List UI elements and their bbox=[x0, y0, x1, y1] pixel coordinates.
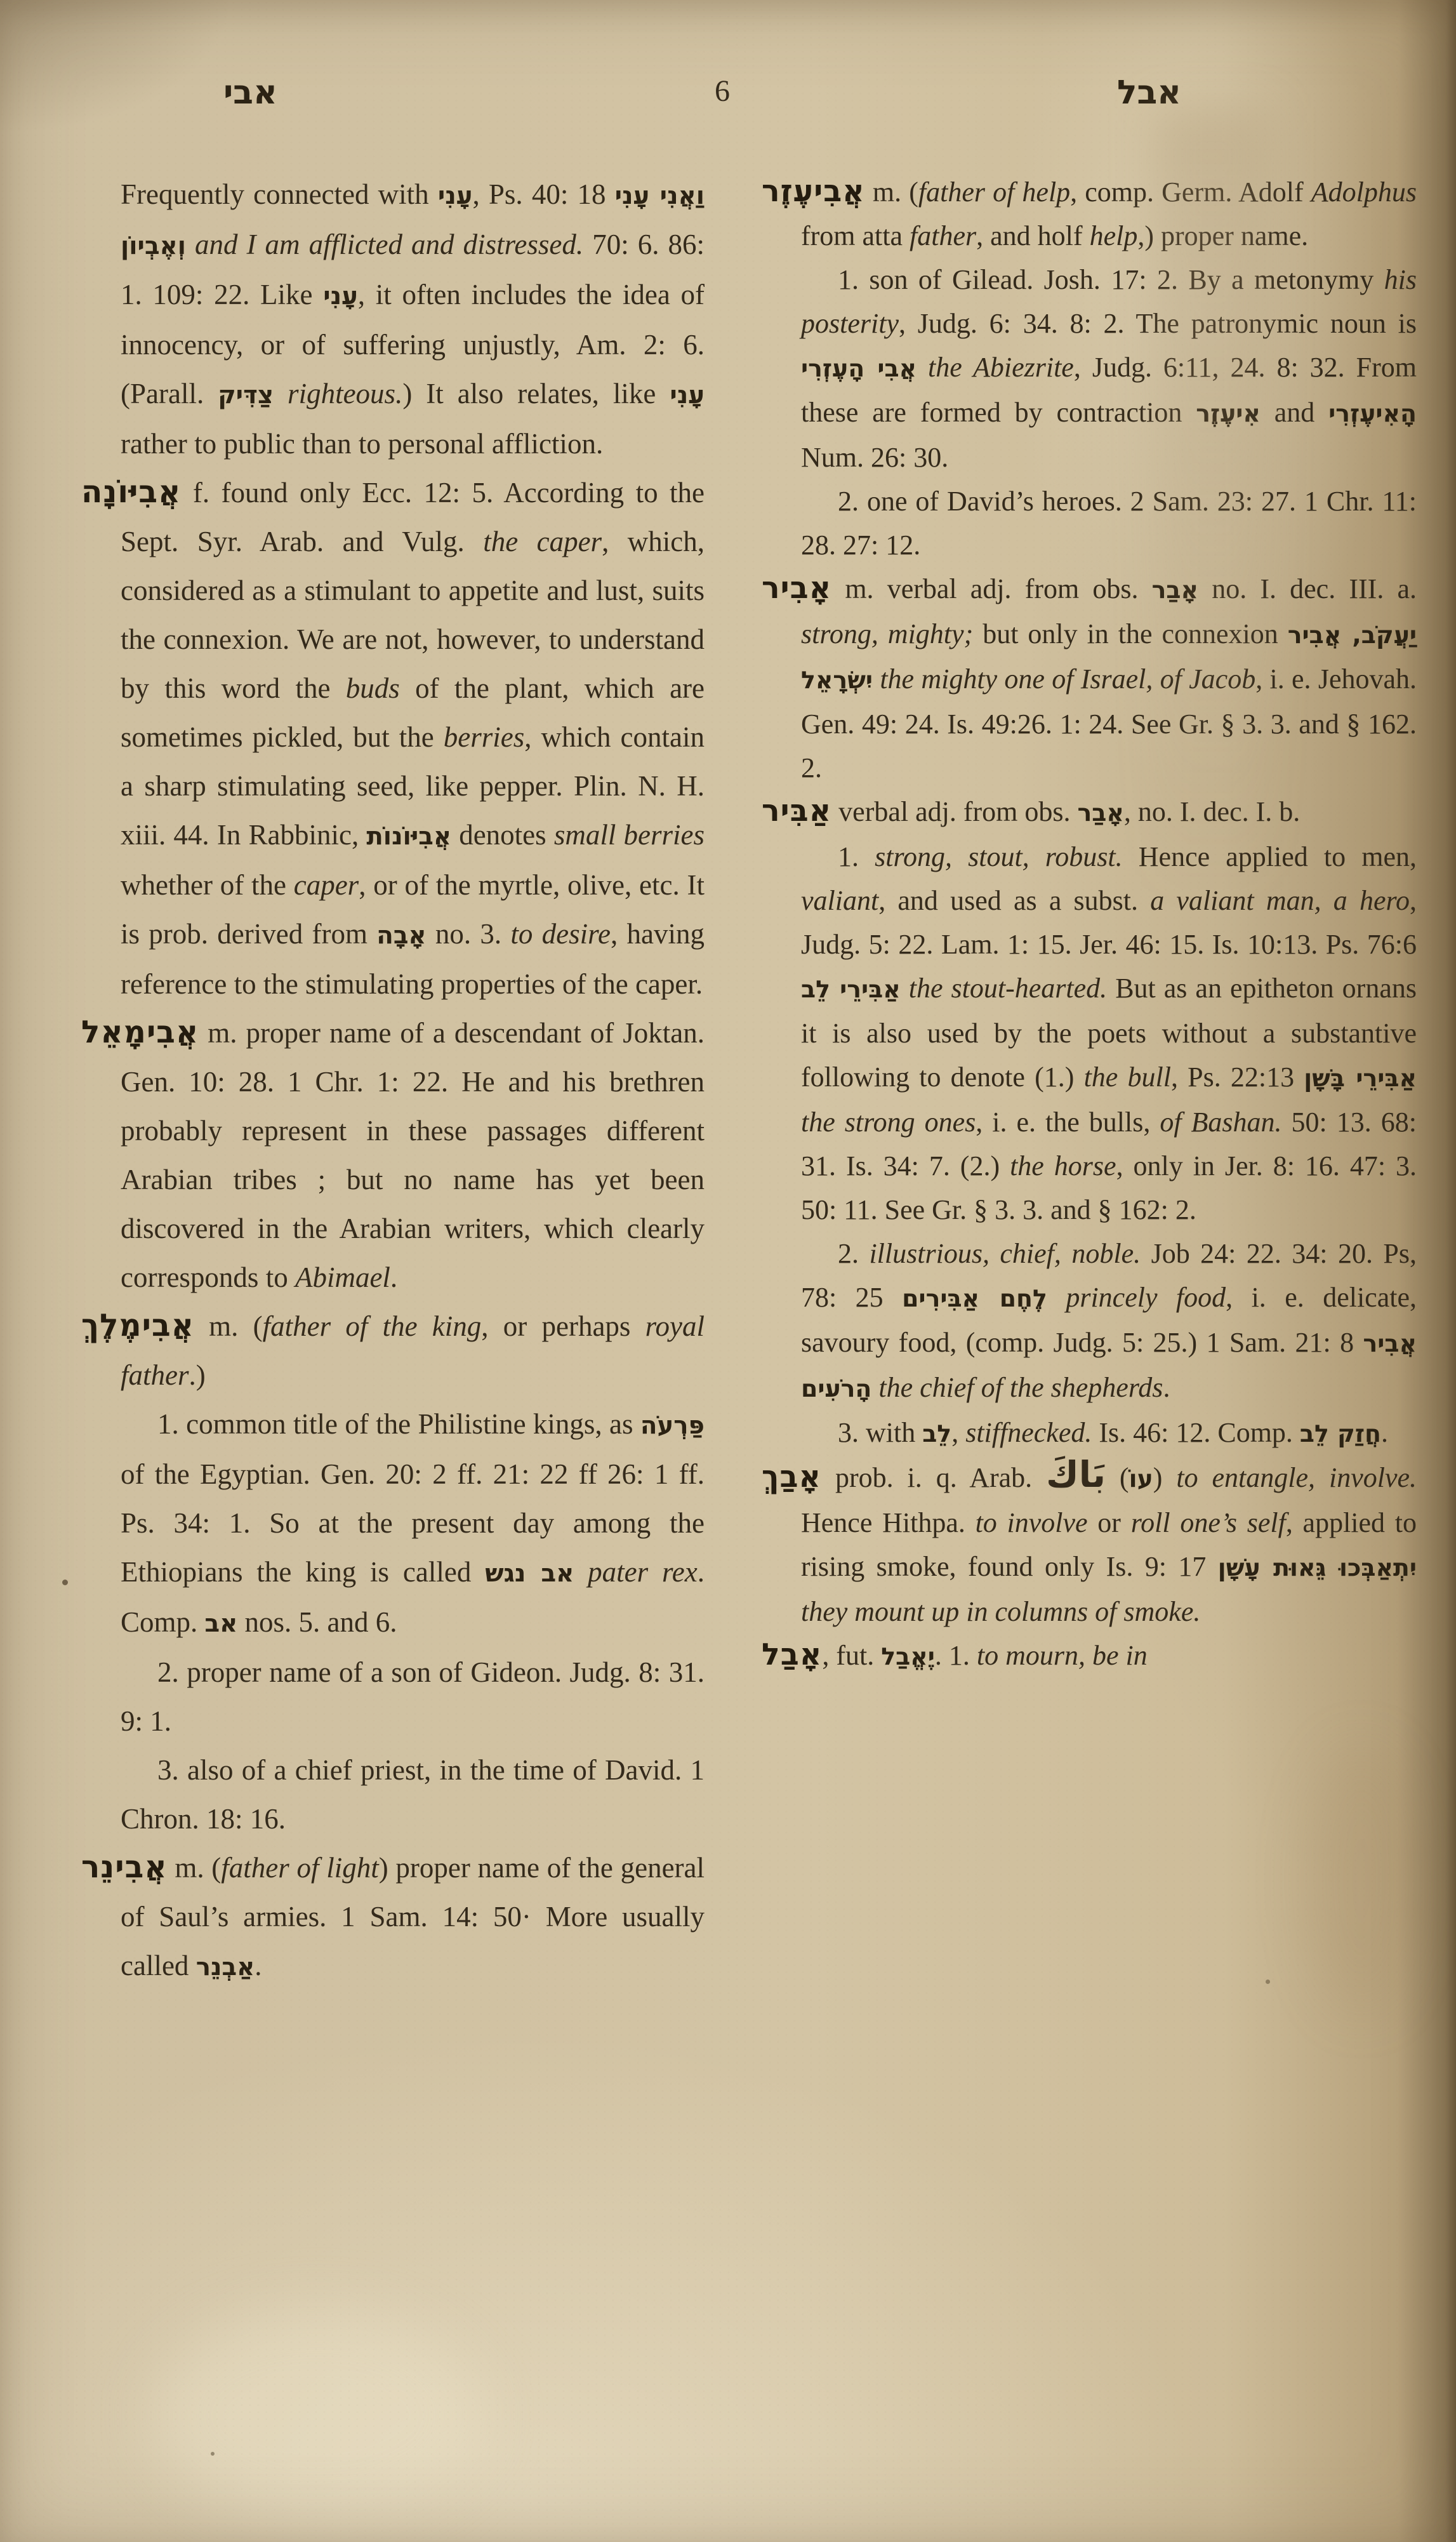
hebrew-text: אַבִּירֵי לֵב bbox=[801, 975, 901, 1003]
italic-gloss: help bbox=[1090, 220, 1138, 251]
italic-gloss: of Bashan. bbox=[1160, 1107, 1281, 1138]
text-run: ) It also relates, like bbox=[402, 378, 670, 409]
hebrew-text: הָאִיעֶזְרִי bbox=[1328, 399, 1417, 427]
italic-gloss: Adolphus bbox=[1311, 176, 1417, 208]
italic-gloss: strong, stout, robust. bbox=[875, 841, 1123, 872]
text-run: , bbox=[951, 1417, 965, 1448]
italic-gloss: father of help bbox=[918, 176, 1070, 208]
text-run: 1. bbox=[838, 841, 875, 872]
running-head-right-word: אבל bbox=[1117, 74, 1181, 112]
hebrew-headword: אָבַל bbox=[762, 1637, 822, 1672]
column-right: אֲבִיעֶזֶר m. (father of help, comp. Ger… bbox=[801, 170, 1417, 1992]
italic-gloss: the chief of the shepherds bbox=[871, 1372, 1163, 1403]
italic-gloss: buds bbox=[346, 672, 400, 704]
text-run: verbal adj. from obs. bbox=[831, 796, 1077, 827]
text-run: m. verbal adj. from obs. bbox=[831, 573, 1151, 604]
text-run: m. ( bbox=[194, 1310, 263, 1342]
italic-gloss: to involve bbox=[976, 1507, 1088, 1538]
italic-gloss: father of light bbox=[221, 1852, 378, 1884]
running-head-left-word: אבי bbox=[223, 74, 277, 112]
hebrew-text: עוֹ bbox=[1129, 1465, 1153, 1493]
text-run: , fut. bbox=[822, 1640, 881, 1671]
text-run: Num. 26: 30. bbox=[801, 442, 948, 473]
entry-abak: אָבַךְ prob. i. q. Arab. بَاكَ (עוֹ) to … bbox=[801, 1456, 1417, 1634]
hebrew-text: עָנִי bbox=[323, 282, 358, 310]
hebrew-text: אֲבִיּוֹנוֹת bbox=[366, 822, 451, 851]
text-run: ( bbox=[1106, 1462, 1129, 1493]
hebrew-headword: אֲבִימָאֵל bbox=[81, 1015, 199, 1050]
ink-speck bbox=[62, 1580, 68, 1585]
hebrew-text: עָנִי bbox=[670, 381, 705, 409]
text-run: 2. bbox=[838, 1238, 869, 1269]
hebrew-headword: אֲבִיּוֹנָה bbox=[81, 474, 181, 510]
page-number: 6 bbox=[715, 74, 731, 109]
text-run: denotes bbox=[451, 819, 554, 851]
column-left: Frequently connected with עָנִי, Ps. 40:… bbox=[121, 170, 705, 1992]
entry-abbir-sense-1: 1. strong, stout, robust. Hence applied … bbox=[801, 835, 1417, 1232]
hebrew-text: אֲבִי הָעֶזְרִי bbox=[801, 354, 917, 382]
text-columns: Frequently connected with עָנִי, Ps. 40:… bbox=[121, 170, 1417, 1992]
text-run: 3. with bbox=[838, 1417, 922, 1448]
italic-gloss: to mourn, be in bbox=[977, 1640, 1148, 1671]
entry-abimelech-sense-3: 3. also of a chief priest, in the time o… bbox=[121, 1746, 705, 1844]
hebrew-text: לֶחֶם אַבִּירִים bbox=[902, 1284, 1047, 1312]
text-run: , and used as a subst. bbox=[878, 885, 1150, 916]
hebrew-text: אַבִּירֵי בָּשָׁן bbox=[1304, 1064, 1417, 1092]
hebrew-text: חֲזַק לֵב bbox=[1300, 1420, 1381, 1447]
italic-gloss: the bull bbox=[1084, 1061, 1171, 1093]
text-run: Hence applied to men, bbox=[1123, 841, 1417, 872]
italic-gloss: strong, mighty; bbox=[801, 618, 973, 649]
text-run: or bbox=[1088, 1507, 1131, 1538]
italic-gloss: stiffnecked. bbox=[965, 1417, 1092, 1448]
italic-gloss: illustrious, chief, noble. bbox=[869, 1238, 1141, 1269]
hebrew-text: אָבַר bbox=[1152, 576, 1198, 604]
hebrew-headword: אָבַךְ bbox=[762, 1460, 821, 1494]
text-run: , and holf bbox=[976, 220, 1089, 251]
italic-gloss: to desire bbox=[510, 918, 611, 950]
text-run: m. ( bbox=[168, 1852, 222, 1884]
hebrew-text: אָבָה bbox=[376, 921, 426, 950]
arabic-text: بَاكَ bbox=[1046, 1454, 1106, 1496]
hebrew-headword: אֲבִיעֶזֶר bbox=[762, 174, 865, 209]
entry-abiezer: אֲבִיעֶזֶר m. (father of help, comp. Ger… bbox=[801, 170, 1417, 258]
entry-abir: אָבִיר m. verbal adj. from obs. אָבַר no… bbox=[801, 567, 1417, 790]
italic-gloss: the Abiezrite bbox=[917, 352, 1074, 383]
entry-abiyonah: אֲבִיּוֹנָה f. found only Ecc. 12: 5. Ac… bbox=[121, 469, 705, 1009]
text-run: Is. 46: 12. Comp. bbox=[1092, 1417, 1300, 1448]
italic-gloss: father of the king bbox=[263, 1310, 482, 1342]
italic-gloss: caper bbox=[294, 869, 359, 901]
italic-gloss: a valiant man, a hero bbox=[1150, 885, 1410, 916]
italic-gloss: pater rex bbox=[574, 1556, 698, 1588]
entry-abimelech-sense-2: 2. proper name of a son of Gideon. Judg.… bbox=[121, 1648, 705, 1746]
text-run: ) bbox=[1153, 1462, 1177, 1493]
text-run: m. proper name of a descendant of Joktan… bbox=[121, 1017, 705, 1293]
italic-gloss: the caper bbox=[483, 526, 602, 557]
italic-gloss: they mount up in columns of smoke. bbox=[801, 1596, 1200, 1627]
hebrew-text: אב נגש bbox=[485, 1559, 574, 1588]
text-run: 1. son of Gilead. Josh. 17: 2. By a meto… bbox=[838, 264, 1384, 295]
entry-abimelech: אֲבִימֶלֶךְ m. (father of the king, or p… bbox=[121, 1302, 705, 1400]
entry-abbir: אַבִּיר verbal adj. from obs. אָבַר, no.… bbox=[801, 790, 1417, 835]
italic-gloss: righteous. bbox=[274, 378, 402, 409]
text-run: , Judg. 6: 34. 8: 2. The patronymic noun… bbox=[899, 308, 1417, 339]
hebrew-text: פַּרְעֹה bbox=[640, 1411, 705, 1440]
hebrew-headword: אֲבִינֵר bbox=[81, 1849, 168, 1885]
hebrew-text: עָנִי bbox=[438, 182, 473, 210]
text-run: but only in the connexion bbox=[973, 618, 1288, 649]
italic-gloss: the horse bbox=[1010, 1150, 1116, 1181]
hebrew-headword: אָבִיר bbox=[762, 571, 831, 606]
text-run: no. I. dec. III. a. bbox=[1198, 573, 1417, 604]
hebrew-text: לֵב bbox=[922, 1420, 951, 1447]
text-run: 2. one of David’s heroes. 2 Sam. 23: 27.… bbox=[801, 486, 1417, 561]
text-run: . bbox=[255, 1950, 261, 1981]
text-run: no. 3. bbox=[427, 918, 511, 950]
entry-abimael: אֲבִימָאֵל m. proper name of a descendan… bbox=[121, 1009, 705, 1302]
text-run: . bbox=[390, 1261, 397, 1293]
italic-gloss: father bbox=[910, 220, 976, 251]
hebrew-text: יֶאֱבַל bbox=[881, 1642, 935, 1670]
italic-gloss: princely food bbox=[1047, 1282, 1226, 1313]
text-run: , Ps. 22:13 bbox=[1171, 1061, 1304, 1093]
text-run: Hence Hithpa. bbox=[801, 1507, 976, 1538]
hebrew-headword: אֲבִימֶלֶךְ bbox=[81, 1308, 194, 1343]
hebrew-text: אַבְנֵר bbox=[196, 1953, 255, 1981]
entry-abal: אָבַל, fut. יֶאֱבַל. 1. to mourn, be in bbox=[801, 1634, 1417, 1679]
text-run: and bbox=[1261, 397, 1328, 428]
dictionary-page: אבי 6 אבל Frequently connected with עָנִ… bbox=[0, 0, 1456, 2542]
text-run: prob. i. q. Arab. bbox=[821, 1462, 1046, 1493]
hebrew-text: צַדִּיק bbox=[218, 381, 274, 409]
text-run: nos. 5. and 6. bbox=[237, 1606, 397, 1638]
italic-gloss: Abimael bbox=[295, 1261, 390, 1293]
italic-gloss: roll one’s self bbox=[1131, 1507, 1286, 1538]
text-run: 1. common title of the Philistine kings,… bbox=[157, 1408, 640, 1440]
hebrew-text: אִיעֶזֶר bbox=[1196, 399, 1261, 427]
italic-gloss: the strong ones bbox=[801, 1107, 976, 1138]
text-run: 2. proper name of a son of Gideon. Judg.… bbox=[121, 1656, 705, 1737]
text-run: Frequently connected with bbox=[121, 178, 438, 210]
text-run: . bbox=[1163, 1372, 1170, 1403]
hebrew-headword: אַבִּיר bbox=[762, 794, 831, 828]
text-run: . 1. bbox=[935, 1640, 977, 1671]
entry-abbir-sense-3: 3. with לֵב, stiffnecked. Is. 46: 12. Co… bbox=[801, 1411, 1417, 1456]
text-run: , comp. Germ. Adolf bbox=[1070, 176, 1311, 208]
italic-gloss: the mighty one of Israel, of Jacob bbox=[873, 663, 1255, 695]
entry-abbir-sense-2: 2. illustrious, chief, noble. Job 24: 22… bbox=[801, 1232, 1417, 1411]
text-run: 3. also of a chief priest, in the time o… bbox=[121, 1754, 705, 1835]
paper-stain bbox=[152, 2311, 482, 2520]
hebrew-text: יִתְאַבְּכוּ גֵּאוּת עָשָׁן bbox=[1218, 1554, 1417, 1581]
italic-gloss: to entangle, involve. bbox=[1176, 1462, 1417, 1493]
entry-abimelech-sense-1: 1. common title of the Philistine kings,… bbox=[121, 1400, 705, 1648]
italic-gloss: the stout-hearted. bbox=[901, 973, 1107, 1004]
text-run: , no. I. dec. I. b. bbox=[1124, 796, 1300, 827]
running-head: אבי 6 אבל bbox=[0, 74, 1456, 143]
entry-abiner: אֲבִינֵר m. (father of light) proper nam… bbox=[121, 1844, 705, 1992]
italic-gloss: and I am afflicted and distressed. bbox=[186, 229, 583, 260]
text-run: ,) proper name. bbox=[1137, 220, 1308, 251]
text-run: from atta bbox=[801, 220, 910, 251]
text-run: m. ( bbox=[865, 176, 918, 208]
italic-gloss: berries bbox=[444, 721, 525, 753]
entry-abiezer-sense-2: 2. one of David’s heroes. 2 Sam. 23: 27.… bbox=[801, 479, 1417, 567]
text-run: , or perhaps bbox=[481, 1310, 645, 1342]
paragraph-continuation: Frequently connected with עָנִי, Ps. 40:… bbox=[121, 170, 705, 469]
text-run: , i. e. the bulls, bbox=[976, 1107, 1160, 1138]
text-run: whether of the bbox=[121, 869, 294, 901]
text-run: . bbox=[1381, 1417, 1388, 1448]
entry-abiezer-sense-1: 1. son of Gilead. Josh. 17: 2. By a meto… bbox=[801, 258, 1417, 479]
scanned-page: { "running_head": { "left_word": "אבי", … bbox=[0, 0, 1456, 2542]
hebrew-text: אָבַר bbox=[1078, 799, 1124, 827]
text-run: rather to public than to personal afflic… bbox=[121, 428, 603, 460]
ink-speck bbox=[211, 2452, 215, 2456]
hebrew-text: אב bbox=[205, 1609, 238, 1638]
text-run: , Ps. 40: 18 bbox=[472, 178, 614, 210]
text-run: .) bbox=[189, 1359, 206, 1391]
italic-gloss: small berries bbox=[554, 819, 705, 851]
italic-gloss: valiant bbox=[801, 885, 878, 916]
